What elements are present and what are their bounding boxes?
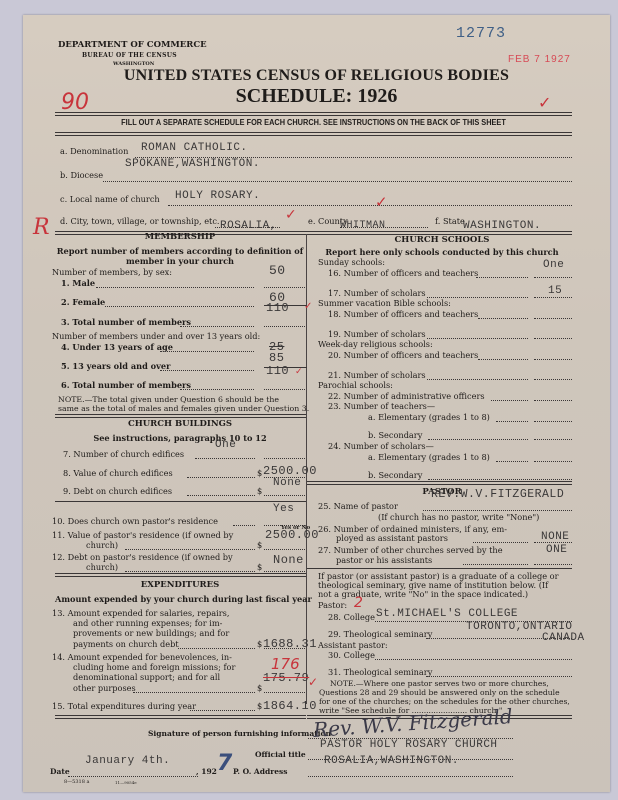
pastor-mark: 2 [354, 595, 363, 611]
q27-label-1: 27. Number of other churches served by t… [318, 545, 503, 555]
q3-answer-line [264, 326, 305, 327]
q22-line [491, 400, 528, 401]
q9-label: 9. Debt on church edifices [63, 486, 172, 496]
q13-line-1: 13. Amount expended for salaries, repair… [52, 608, 229, 618]
form-number: 8—5318 a [64, 779, 89, 785]
q8-label: 8. Value of church edifices [63, 468, 173, 478]
po-address-field[interactable]: ROSALIA,WASHINGTON. [324, 755, 459, 767]
q11-value-field[interactable]: 2500.00 [265, 528, 319, 542]
q11-currency: $ [257, 540, 262, 550]
q16-answer-line [534, 277, 572, 278]
q8-currency: $ [257, 468, 262, 478]
q6-label: 6. Total number of members [61, 380, 191, 390]
q11-line [125, 549, 255, 550]
q11-answer-line [264, 549, 305, 550]
q4-label: 4. Under 13 years of age [61, 342, 173, 352]
membership-note-1: NOTE.—The total given under Question 6 s… [58, 395, 279, 404]
county-line [340, 227, 428, 228]
q13-answer-line [264, 648, 305, 649]
q14-line-4: other purposes [73, 683, 136, 693]
schools-rule [307, 481, 572, 485]
pastor-mid-rule [307, 568, 572, 569]
q27-answer-line [534, 564, 572, 565]
q19-line [427, 338, 528, 339]
q12-answer-line [264, 571, 305, 572]
q9-debt-field[interactable]: None [273, 477, 301, 489]
membership-subtitle-2: member in your church [55, 256, 305, 266]
q23b-answer-line [534, 439, 572, 440]
sunday-schools-label: Sunday schools: [318, 257, 385, 267]
county-field[interactable]: WHITMAN [340, 220, 386, 231]
year-field[interactable]: 7 [217, 751, 232, 776]
bureau-label: BUREAU OF THE CENSUS [82, 52, 177, 59]
q15-dots [190, 710, 255, 711]
q13-line-4: payments on church debt [73, 639, 179, 649]
q13-line-3: provements or new buildings; and for [73, 628, 229, 638]
q1-label: 1. Male [61, 278, 95, 288]
q5-line [160, 370, 254, 371]
check-mark-icon: ✓ [295, 367, 303, 377]
q23b-line [428, 439, 528, 440]
print-number: 11—9054e [115, 780, 137, 785]
q6-answer-line [264, 389, 305, 390]
q7-edifices-field[interactable]: One [215, 439, 236, 451]
weekday-schools-label: Week-day religious schools: [318, 339, 433, 349]
q13-currency: $ [257, 639, 262, 649]
check-mark-icon: ✓ [304, 301, 312, 312]
q14-amount-field[interactable]: 175.79 [263, 671, 309, 685]
q27-other-churches-field[interactable]: ONE [546, 544, 567, 556]
q8-value-field[interactable]: 2500.00 [263, 464, 317, 478]
q15-label: 15. Total expenditures during year [52, 701, 196, 711]
graduate-note-3: not a graduate, write "No" in the space … [318, 589, 528, 599]
q31-label: 31. Theological seminary [328, 667, 432, 677]
q7-answer-line [264, 458, 305, 459]
q22-label: 22. Number of administrative officers [328, 391, 485, 401]
buildings-mid-rule [55, 501, 306, 502]
q4-line [160, 351, 254, 352]
by-age-label: Number of members under and over 13 year… [52, 331, 260, 341]
q29-seminary-country[interactable]: CANADA [542, 632, 585, 644]
po-address-label: P. O. Address [233, 767, 287, 776]
census-schedule-sheet: DEPARTMENT OF COMMERCE BUREAU OF THE CEN… [23, 15, 610, 792]
q16-line [476, 277, 528, 278]
q18-line [478, 318, 528, 319]
instruction-banner: FILL OUT A SEPARATE SCHEDULE FOR EACH CH… [76, 118, 552, 127]
q31-line [426, 676, 572, 677]
q30-label: 30. College [328, 650, 375, 660]
q3-total-field[interactable]: 110 [266, 301, 289, 315]
state-label: f. State [435, 216, 465, 226]
q7-line [195, 458, 255, 459]
expenditures-title: EXPENDITURES [55, 580, 305, 590]
date-field[interactable]: January 4th. [85, 755, 170, 767]
q27-line [463, 564, 528, 565]
q25-label: 25. Name of pastor [318, 501, 398, 511]
q15-total-field[interactable]: 1864.10 [263, 699, 317, 713]
q19-label: 19. Number of scholars [328, 329, 426, 339]
q12-line [125, 571, 255, 572]
membership-note-2: same as the total of males and females g… [58, 404, 309, 413]
q7-label: 7. Number of church edifices [63, 449, 184, 459]
signature-label: Signature of person furnishing informati… [148, 729, 331, 738]
q24-label: 24. Number of scholars— [328, 441, 434, 451]
q9-currency: $ [257, 486, 262, 496]
church-name-field[interactable]: HOLY ROSARY. [175, 190, 260, 202]
q23a-label: a. Elementary (grades 1 to 8) [368, 412, 490, 422]
q26-line [473, 542, 528, 543]
diocese-field[interactable]: SPOKANE,WASHINGTON. [125, 158, 260, 170]
schools-subtitle: Report here only schools conducted by th… [313, 247, 571, 257]
q1-answer-line [264, 287, 305, 288]
expenditures-subtitle: Amount expended by your church during la… [55, 594, 305, 604]
q3-label: 3. Total number of members [61, 317, 191, 327]
q8-line [187, 477, 255, 478]
q1-male-field[interactable]: 50 [269, 263, 286, 278]
membership-subtitle-1: Report number of members according to de… [55, 246, 305, 256]
q6-total-field[interactable]: 110 [266, 364, 289, 378]
check-mark-icon: ✓ [285, 207, 297, 223]
header-rule-top [55, 112, 572, 116]
q18-label: 18. Number of officers and teachers [328, 309, 478, 319]
by-sex-label: Number of members, by sex: [52, 267, 172, 277]
q19-answer-line [534, 338, 572, 339]
q5-label: 5. 13 years old and over [61, 361, 170, 371]
q23b-label: b. Secondary [368, 430, 422, 440]
margin-mark-r: R [33, 215, 50, 240]
q21-label: 21. Number of scholars [328, 370, 426, 380]
date-line [68, 776, 198, 777]
check-mark-icon: ✓ [375, 193, 388, 211]
expenditures-rule [55, 715, 306, 719]
pastor-note-1: NOTE.—Where one pastor serves two or mor… [330, 679, 549, 688]
q15-currency: $ [257, 701, 262, 711]
pastor-sub-label: Pastor: [318, 600, 347, 610]
q28-college-field[interactable]: St.MICHAEL'S COLLEGE [376, 608, 518, 620]
buildings-title: CHURCH BUILDINGS [55, 419, 305, 429]
pastor-note-3: for one of the churches; on the schedule… [319, 697, 570, 706]
summer-schools-label: Summer vacation Bible schools: [318, 298, 451, 308]
q20-label: 20. Number of officers and teachers [328, 350, 478, 360]
file-number-stamp: 12773 [456, 25, 506, 42]
q23a-line [496, 421, 528, 422]
q6-line [180, 389, 254, 390]
q24a-line [496, 461, 528, 462]
q24b-line [428, 479, 572, 480]
q14-line-3: denominational support; and for all [73, 672, 220, 682]
received-date-stamp: FEB 7 1927 [508, 54, 571, 65]
q14-currency: $ [257, 683, 262, 693]
q25-pastor-name-field[interactable]: REV.W.V.FITZGERALD [431, 488, 564, 501]
q21-answer-line [534, 379, 572, 380]
q17-scholars-field[interactable]: 15 [548, 285, 562, 297]
q10-line [233, 525, 255, 526]
q18-answer-line [534, 318, 572, 319]
q10-label: 10. Does church own pastor's residence [52, 516, 218, 526]
q14-line-1: 14. Amount expended for benevolences, in… [52, 652, 232, 662]
q3-line [180, 326, 254, 327]
q17-answer-line [534, 297, 572, 298]
q24a-label: a. Elementary (grades 1 to 8) [368, 452, 490, 462]
q2-line [105, 306, 254, 307]
pastor-note-2: Questions 28 and 29 should be answered o… [319, 688, 560, 697]
city-field-label: d. City, town, village, or township, etc… [60, 216, 220, 226]
denomination-field[interactable]: ROMAN CATHOLIC. [141, 142, 248, 154]
q28-label: 28. College [328, 612, 375, 622]
buildings-rule [55, 573, 306, 577]
q2-label: 2. Female [61, 297, 105, 307]
assistant-pastor-label: Assistant pastor: [318, 640, 388, 650]
q12-debt-field[interactable]: None [273, 553, 304, 567]
form-title: UNITED STATES CENSUS OF RELIGIOUS BODIES [23, 67, 610, 85]
department-label: DEPARTMENT OF COMMERCE [58, 40, 207, 50]
q14-answer-line [264, 692, 305, 693]
parochial-schools-label: Parochial schools: [318, 380, 393, 390]
q20-answer-line [534, 359, 572, 360]
q11-label-2: church) [86, 540, 118, 550]
denomination-label: a. Denomination [60, 146, 128, 156]
q27-label-2: pastor or his assistants [336, 555, 432, 565]
q26-label-2: ployed as assistant pastors [336, 533, 448, 543]
schools-title: CHURCH SCHOOLS [313, 235, 571, 245]
schedule-title: SCHEDULE: 1926 [23, 85, 610, 108]
q23-label: 23. Number of teachers— [328, 401, 435, 411]
church-name-line [168, 205, 572, 206]
buildings-subtitle: See instructions, paragraphs 10 to 12 [55, 433, 305, 443]
q13-dots [178, 648, 255, 649]
q13-line-2: and other running expenses; for im- [73, 618, 222, 628]
q24a-answer-line [534, 461, 572, 462]
q12-label-2: church) [86, 562, 118, 572]
official-title-field[interactable]: PASTOR HOLY ROSARY CHURCH [320, 739, 498, 751]
check-mark-icon: ✓ [308, 675, 318, 689]
q1-line [96, 287, 254, 288]
official-title-label: Official title [255, 750, 306, 759]
q25-line [423, 510, 572, 511]
q22-answer-line [534, 400, 572, 401]
q24b-label: b. Secondary [368, 470, 422, 480]
q16-label: 16. Number of officers and teachers [328, 268, 478, 278]
membership-title: MEMBERSHIP [55, 232, 305, 242]
q5-over-13-field[interactable]: 85 [269, 351, 284, 365]
q11-label-1: 11. Value of pastor's residence (if owne… [52, 530, 233, 540]
check-mark-icon: ✓ [538, 93, 551, 112]
header-rule-bottom [55, 132, 572, 136]
q23a-answer-line [534, 421, 572, 422]
q16-teachers-field[interactable]: One [543, 259, 564, 271]
q25-hint: (If church has no pastor, write "None") [378, 512, 539, 522]
diocese-label: b. Diocese [60, 170, 103, 180]
q30-line [375, 659, 572, 660]
date-label: Date [50, 767, 70, 776]
q12-label-1: 12. Debt on pastor's residence (if owned… [52, 552, 233, 562]
q9-line [187, 495, 255, 496]
diocese-line [103, 181, 572, 182]
q29-label: 29. Theological seminary [328, 629, 432, 639]
q26-answer-line [534, 542, 572, 543]
membership-rule [55, 414, 306, 418]
q20-line [478, 359, 528, 360]
q21-line [427, 379, 528, 380]
q12-currency: $ [257, 562, 262, 572]
church-name-label: c. Local name of church [60, 194, 160, 204]
city-line [215, 227, 280, 228]
year-prefix: , 192 [196, 767, 217, 776]
q9-answer-line [264, 495, 305, 496]
q14-line-2: cluding home and foreign missions; for [73, 662, 235, 672]
q17-label: 17. Number of scholars [328, 288, 426, 298]
q10-owns-residence-field[interactable]: Yes [273, 503, 294, 515]
po-address-line [308, 776, 513, 777]
q14-dots [133, 692, 255, 693]
